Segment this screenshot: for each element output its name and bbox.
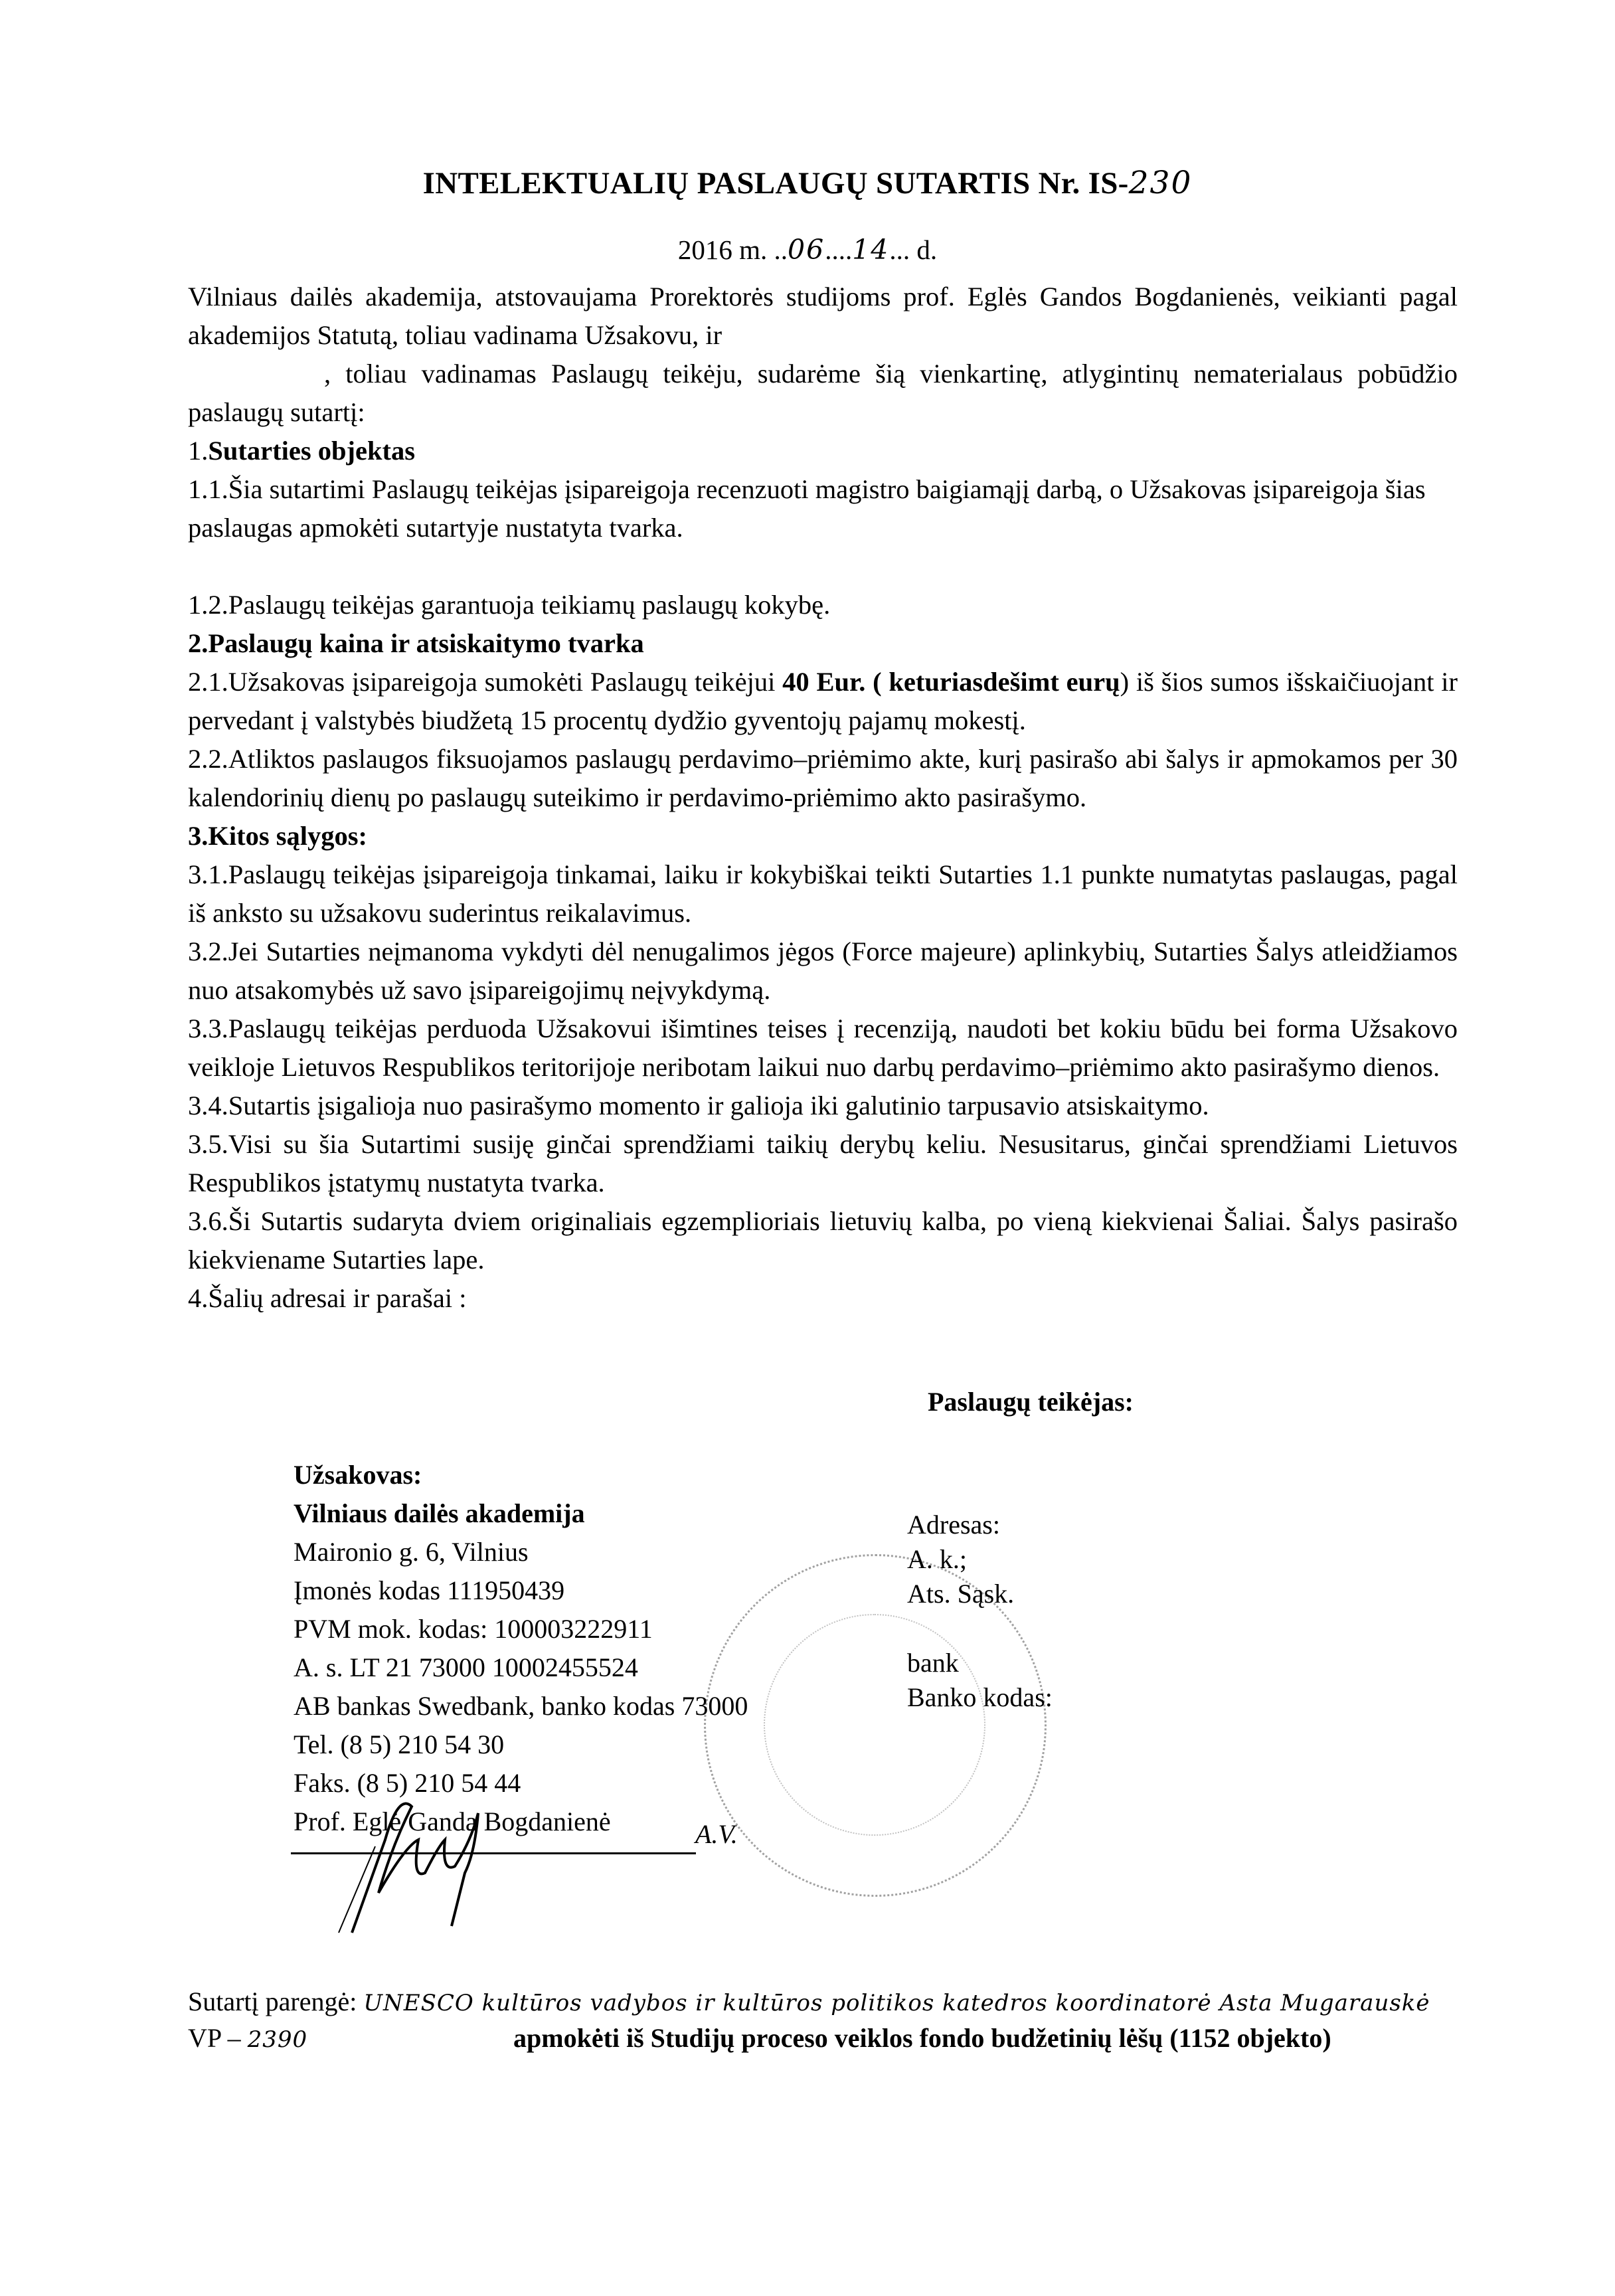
seal-label: A.V.	[695, 1818, 738, 1850]
funding-line: VP – 2390 apmokėti iš Studijų proceso ve…	[188, 2022, 1458, 2054]
clause-3-1: 3.1.Paslaugų teikėjas įsipareigoja tinka…	[188, 855, 1458, 932]
section-number: 4.	[188, 1283, 208, 1313]
client-company-code: Įmonės kodas 111950439	[294, 1571, 748, 1610]
clause-text: 2.1.Užsakovas įsipareigoja sumokėti Pasl…	[188, 667, 782, 697]
intro-paragraph-2: , toliau vadinamas Paslaugų teikėju, sud…	[188, 355, 1458, 432]
provider-details: Adresas: A. k.; Ats. Sąsk. bank Banko ko…	[907, 1508, 1053, 1715]
prepared-by-line: Sutartį parengė: UNESCO kultūros vadybos…	[188, 1986, 1430, 2017]
intro-paragraph-2-text: , toliau vadinamas Paslaugų teikėju, sud…	[188, 359, 1458, 427]
spacer	[907, 1611, 1053, 1646]
contract-body: Vilniaus dailės akademija, atstovaujama …	[188, 278, 1458, 1318]
clause-3-4: 3.4.Sutartis įsigalioja nuo pasirašymo m…	[188, 1087, 1458, 1125]
clause-2-2: 2.2.Atliktos paslaugos fiksuojamos pasla…	[188, 740, 1458, 817]
section-1-heading: 1.Sutarties objektas	[188, 432, 1458, 470]
section-4-heading: 4.Šalių adresai ir parašai :	[188, 1279, 1458, 1318]
client-bank: AB bankas Swedbank, banko kodas 73000	[294, 1687, 748, 1725]
clause-3-6: 3.6.Ši Sutartis sudaryta dviem originali…	[188, 1202, 1458, 1279]
amount-words: keturiasdešimt eurų	[889, 667, 1120, 697]
provider-personal-code-label: A. k.;	[907, 1542, 1053, 1577]
contract-title: INTELEKTUALIŲ PASLAUGŲ SUTARTIS Nr. IS-2…	[0, 165, 1615, 201]
clause-3-3: 3.3.Paslaugų teikėjas perduoda Užsakovui…	[188, 1010, 1458, 1087]
client-name: Vilniaus dailės akademija	[294, 1494, 748, 1533]
provider-account-label: Ats. Sąsk.	[907, 1577, 1053, 1611]
date-day-handwritten: 14	[852, 234, 889, 266]
contract-number-handwritten: 230	[1129, 165, 1193, 201]
client-account: A. s. LT 21 73000 10002455524	[294, 1648, 748, 1687]
provider-address-label: Adresas:	[907, 1508, 1053, 1542]
provider-bank-code-label: Banko kodas:	[907, 1680, 1053, 1715]
prepared-by-handwritten: UNESCO kultūros vadybos ir kultūros poli…	[363, 1990, 1430, 2016]
clause-1-2: 1.2.Paslaugų teikėjas garantuoja teikiam…	[188, 586, 1458, 624]
client-heading: Užsakovas:	[294, 1456, 748, 1494]
funding-source: apmokėti iš Studijų proceso veiklos fond…	[513, 2022, 1331, 2054]
signature-line	[291, 1852, 696, 1854]
clause-text: (	[865, 667, 889, 697]
spacer	[188, 547, 1458, 586]
section-3-heading: 3.Kitos sąlygos:	[188, 817, 1458, 855]
contract-page: INTELEKTUALIŲ PASLAUGŲ SUTARTIS Nr. IS-2…	[0, 0, 1615, 2296]
intro-paragraph-1: Vilniaus dailės akademija, atstovaujama …	[188, 278, 1458, 355]
prepared-by-label: Sutartį parengė:	[188, 1987, 363, 2016]
date-suffix: ... d.	[889, 234, 937, 265]
provider-heading: Paslaugų teikėjas:	[928, 1386, 1134, 1417]
client-vat-code: PVM mok. kodas: 100003222911	[294, 1610, 748, 1648]
section-number: 1.	[188, 436, 208, 466]
section-title: Kitos sąlygos:	[208, 821, 367, 851]
section-number: 2.	[188, 628, 208, 658]
section-title: Šalių adresai ir parašai :	[208, 1283, 466, 1313]
section-number: 3.	[188, 821, 208, 851]
clause-3-5: 3.5.Visi su šia Sutartimi susiję ginčai …	[188, 1125, 1458, 1202]
client-address: Maironio g. 6, Vilnius	[294, 1533, 748, 1571]
section-title: Paslaugų kaina ir atsiskaitymo tvarka	[208, 628, 643, 658]
provider-bank-label: bank	[907, 1646, 1053, 1680]
contract-date: 2016 m. ..06....14... d.	[0, 234, 1615, 266]
date-month-handwritten: 06	[788, 234, 825, 266]
clause-2-1: 2.1.Užsakovas įsipareigoja sumokėti Pasl…	[188, 663, 1458, 740]
date-dots: ....	[825, 234, 852, 265]
vp-label: VP –	[188, 2023, 248, 2053]
date-year: 2016 m. ..	[678, 234, 788, 265]
title-text: INTELEKTUALIŲ PASLAUGŲ SUTARTIS Nr. IS-	[423, 166, 1129, 201]
section-2-heading: 2.Paslaugų kaina ir atsiskaitymo tvarka	[188, 624, 1458, 663]
client-phone: Tel. (8 5) 210 54 30	[294, 1725, 748, 1764]
vp-number-handwritten: 2390	[248, 2026, 308, 2053]
clause-3-2: 3.2.Jei Sutarties neįmanoma vykdyti dėl …	[188, 932, 1458, 1010]
amount: 40 Eur.	[782, 667, 865, 697]
clause-1-1: 1.1.Šia sutartimi Paslaugų teikėjas įsip…	[188, 470, 1458, 547]
section-title: Sutarties objektas	[208, 436, 415, 466]
